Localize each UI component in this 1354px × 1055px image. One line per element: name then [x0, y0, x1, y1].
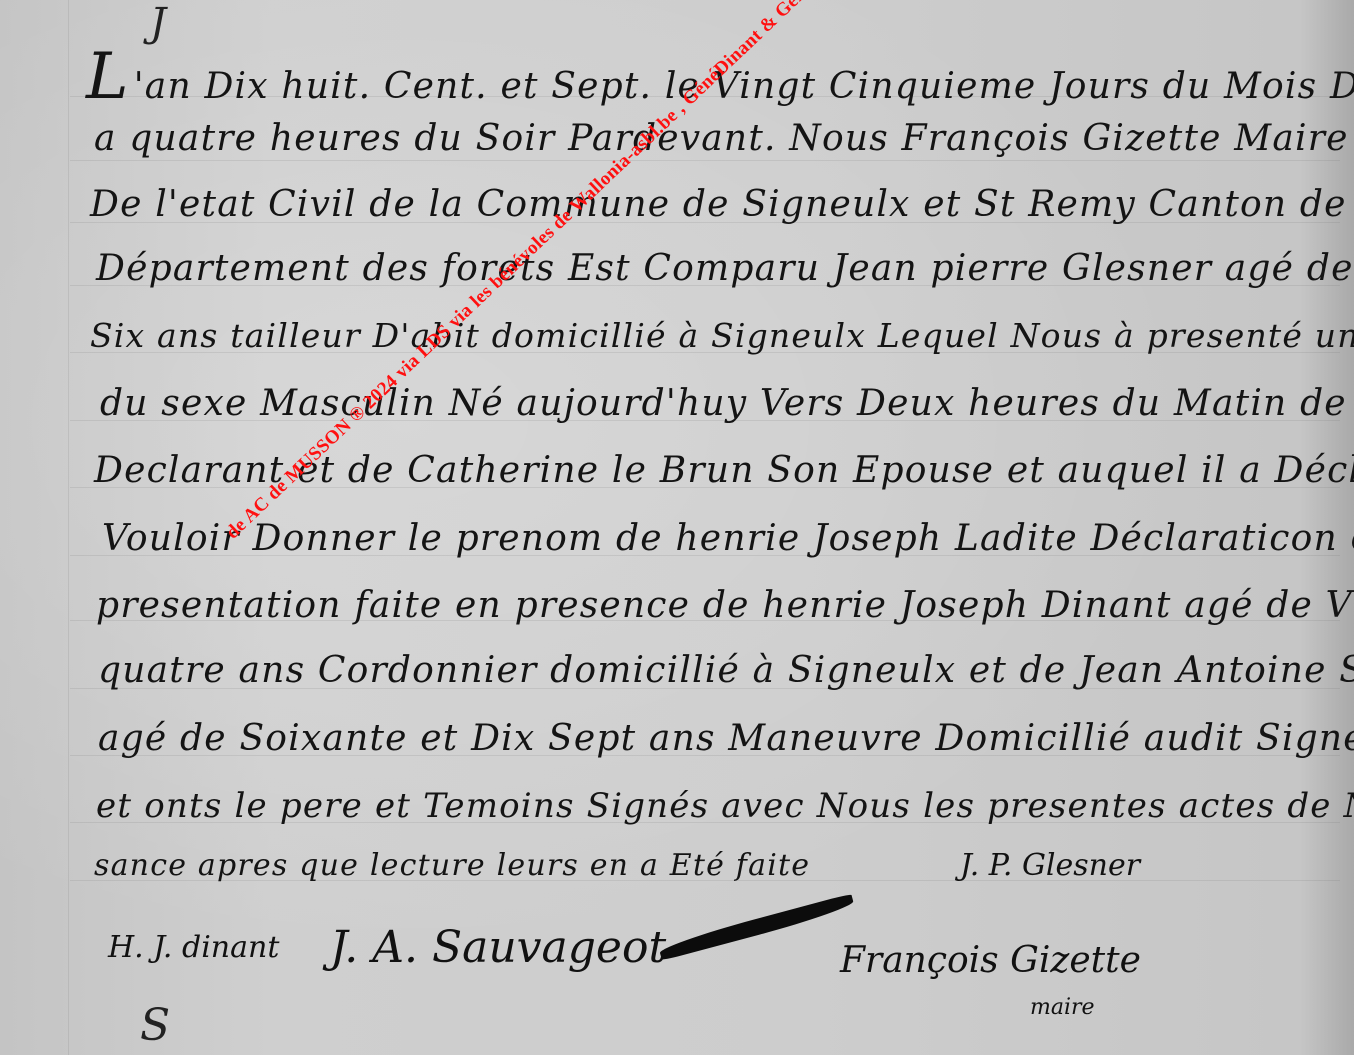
text-line-12: et onts le pere et Temoins Signés avec N…	[96, 786, 1354, 826]
text-line-8: Vouloir Donner le prenom de henrie Josep…	[102, 518, 1354, 559]
signature-mayor: François Gizette	[840, 940, 1141, 981]
signature-witness-sauvageot: J. A. Sauvageot	[330, 922, 666, 973]
bottom-flourish: S	[140, 1000, 170, 1051]
text-line-9: presentation faite en presence de henrie…	[96, 585, 1354, 626]
scanned-document-page: J L'an Dix huit. Cent. et Sept. le Vingt…	[0, 0, 1354, 1055]
text-line-5: Six ans tailleur D'abit domicillié à Sig…	[90, 316, 1354, 355]
text-line-3: De l'etat Civil de la Commune de Signeul…	[90, 184, 1354, 225]
text-line-2: a quatre heures du Soir Pardevant. Nous …	[94, 118, 1354, 159]
margin-rule	[68, 0, 69, 1055]
text-line-10: quatre ans Cordonnier domicillié à Signe…	[98, 650, 1354, 691]
drop-cap: L	[86, 40, 130, 114]
text-line-4: Département des forets Est Comparu Jean …	[96, 248, 1354, 289]
ruled-line	[70, 160, 1340, 161]
text-line-13: sance apres que lecture leurs en a Eté f…	[94, 848, 810, 883]
ink-blot	[658, 894, 855, 961]
mayor-title: maire	[1030, 995, 1095, 1020]
signature-father: J. P. Glesner	[960, 848, 1140, 883]
text-line-11: agé de Soixante et Dix Sept ans Maneuvre…	[98, 718, 1354, 759]
text-line-6: du sexe Masculin Né aujourd'huy Vers Deu…	[100, 383, 1354, 424]
signature-witness-dinant: H. J. dinant	[108, 930, 279, 965]
